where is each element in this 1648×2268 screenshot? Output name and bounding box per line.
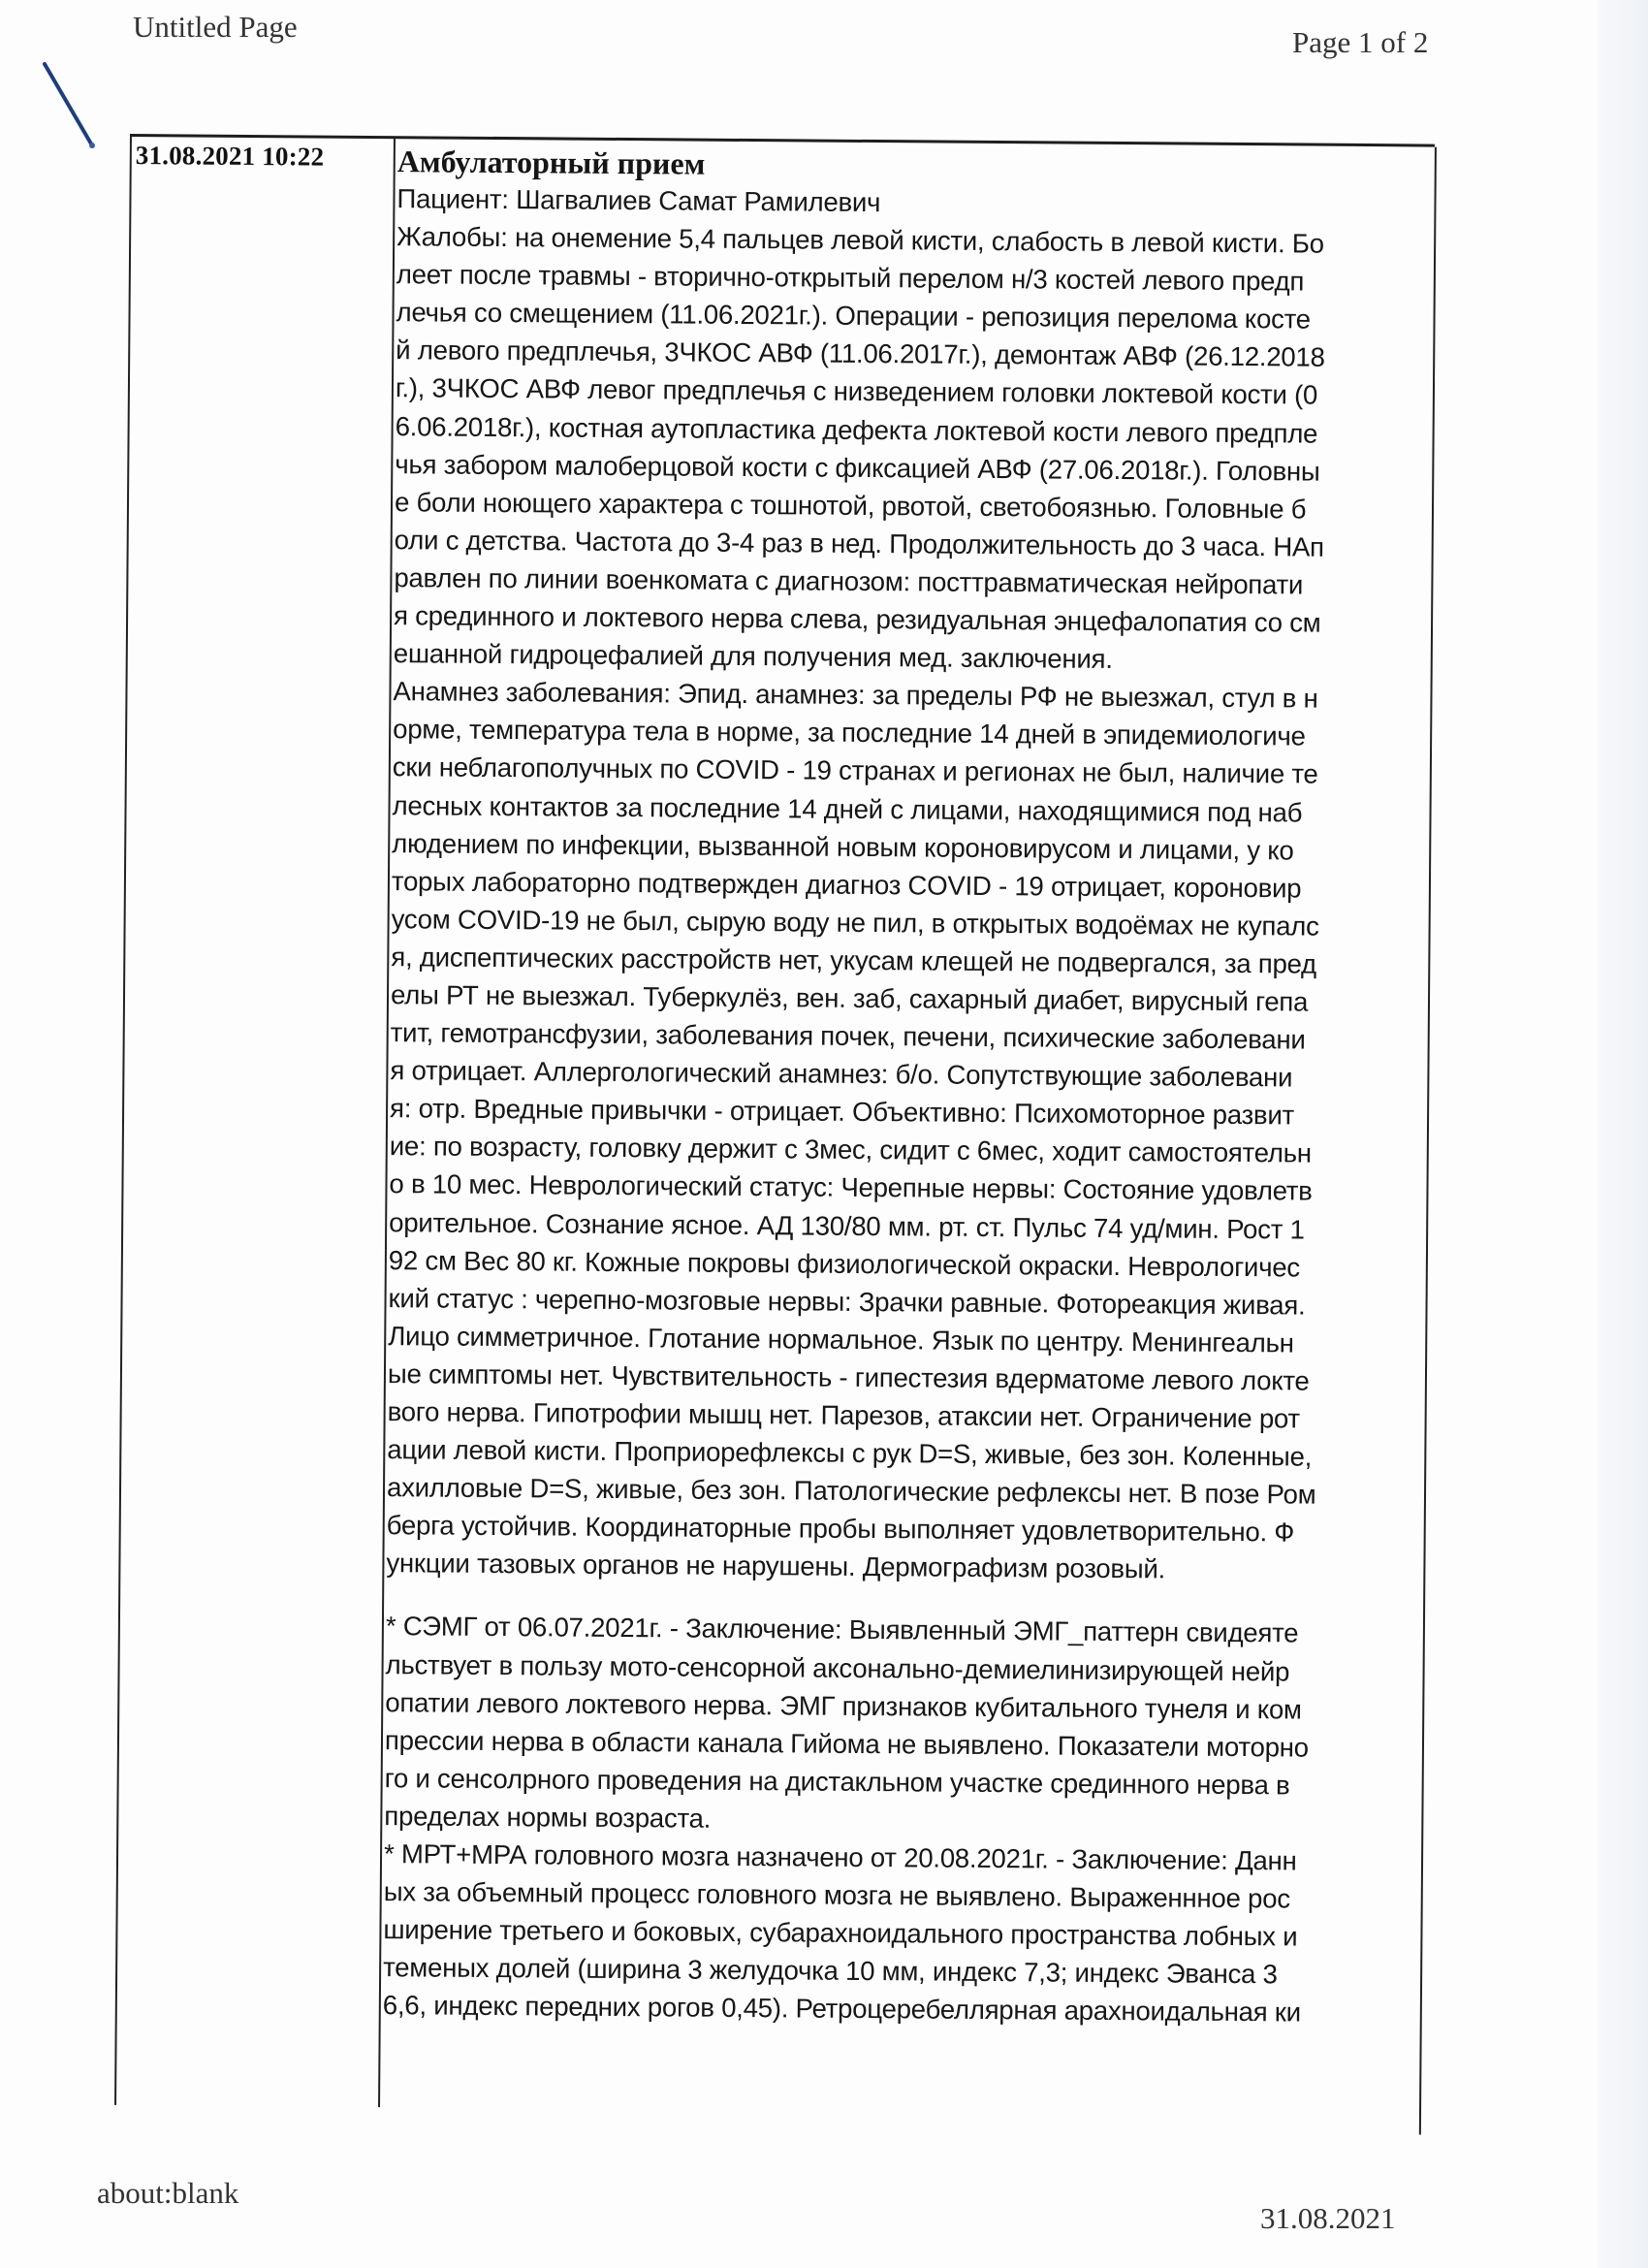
datetime-cell: 31.08.2021 10:22 bbox=[114, 137, 396, 2107]
anamnesis-section: Анамнез заболевания: Эпид. анамнез: за п… bbox=[386, 672, 1426, 1590]
record-content: Амбулаторный прием Пациент: Шагвалиев Са… bbox=[383, 143, 1431, 2032]
footer-url: about:blank bbox=[97, 2176, 238, 2211]
scan-edge bbox=[1598, 0, 1648, 2268]
record-datetime: 31.08.2021 10:22 bbox=[136, 141, 325, 173]
record-table: 31.08.2021 10:22 Амбулаторный прием Паци… bbox=[114, 134, 1435, 2135]
text-line: 6,6, индекс передних рогов 0,45). Ретроц… bbox=[383, 1987, 1416, 2032]
content-cell: Амбулаторный прием Пациент: Шагвалиев Са… bbox=[378, 139, 1437, 2134]
mri-section: * МРТ+МРА головного мозга назначено от 2… bbox=[383, 1835, 1418, 2032]
footer-date: 31.08.2021 bbox=[1260, 2201, 1396, 2236]
pen-mark-icon bbox=[39, 58, 107, 155]
page-indicator: Page 1 of 2 bbox=[1292, 25, 1428, 60]
page-title: Untitled Page bbox=[133, 10, 298, 45]
complaints-section: Жалобы: на онемение 5,4 пальцев левой ки… bbox=[394, 217, 1431, 680]
emg-section: * СЭМГ от 06.07.2021г. - Заключение: Выя… bbox=[384, 1608, 1419, 1843]
